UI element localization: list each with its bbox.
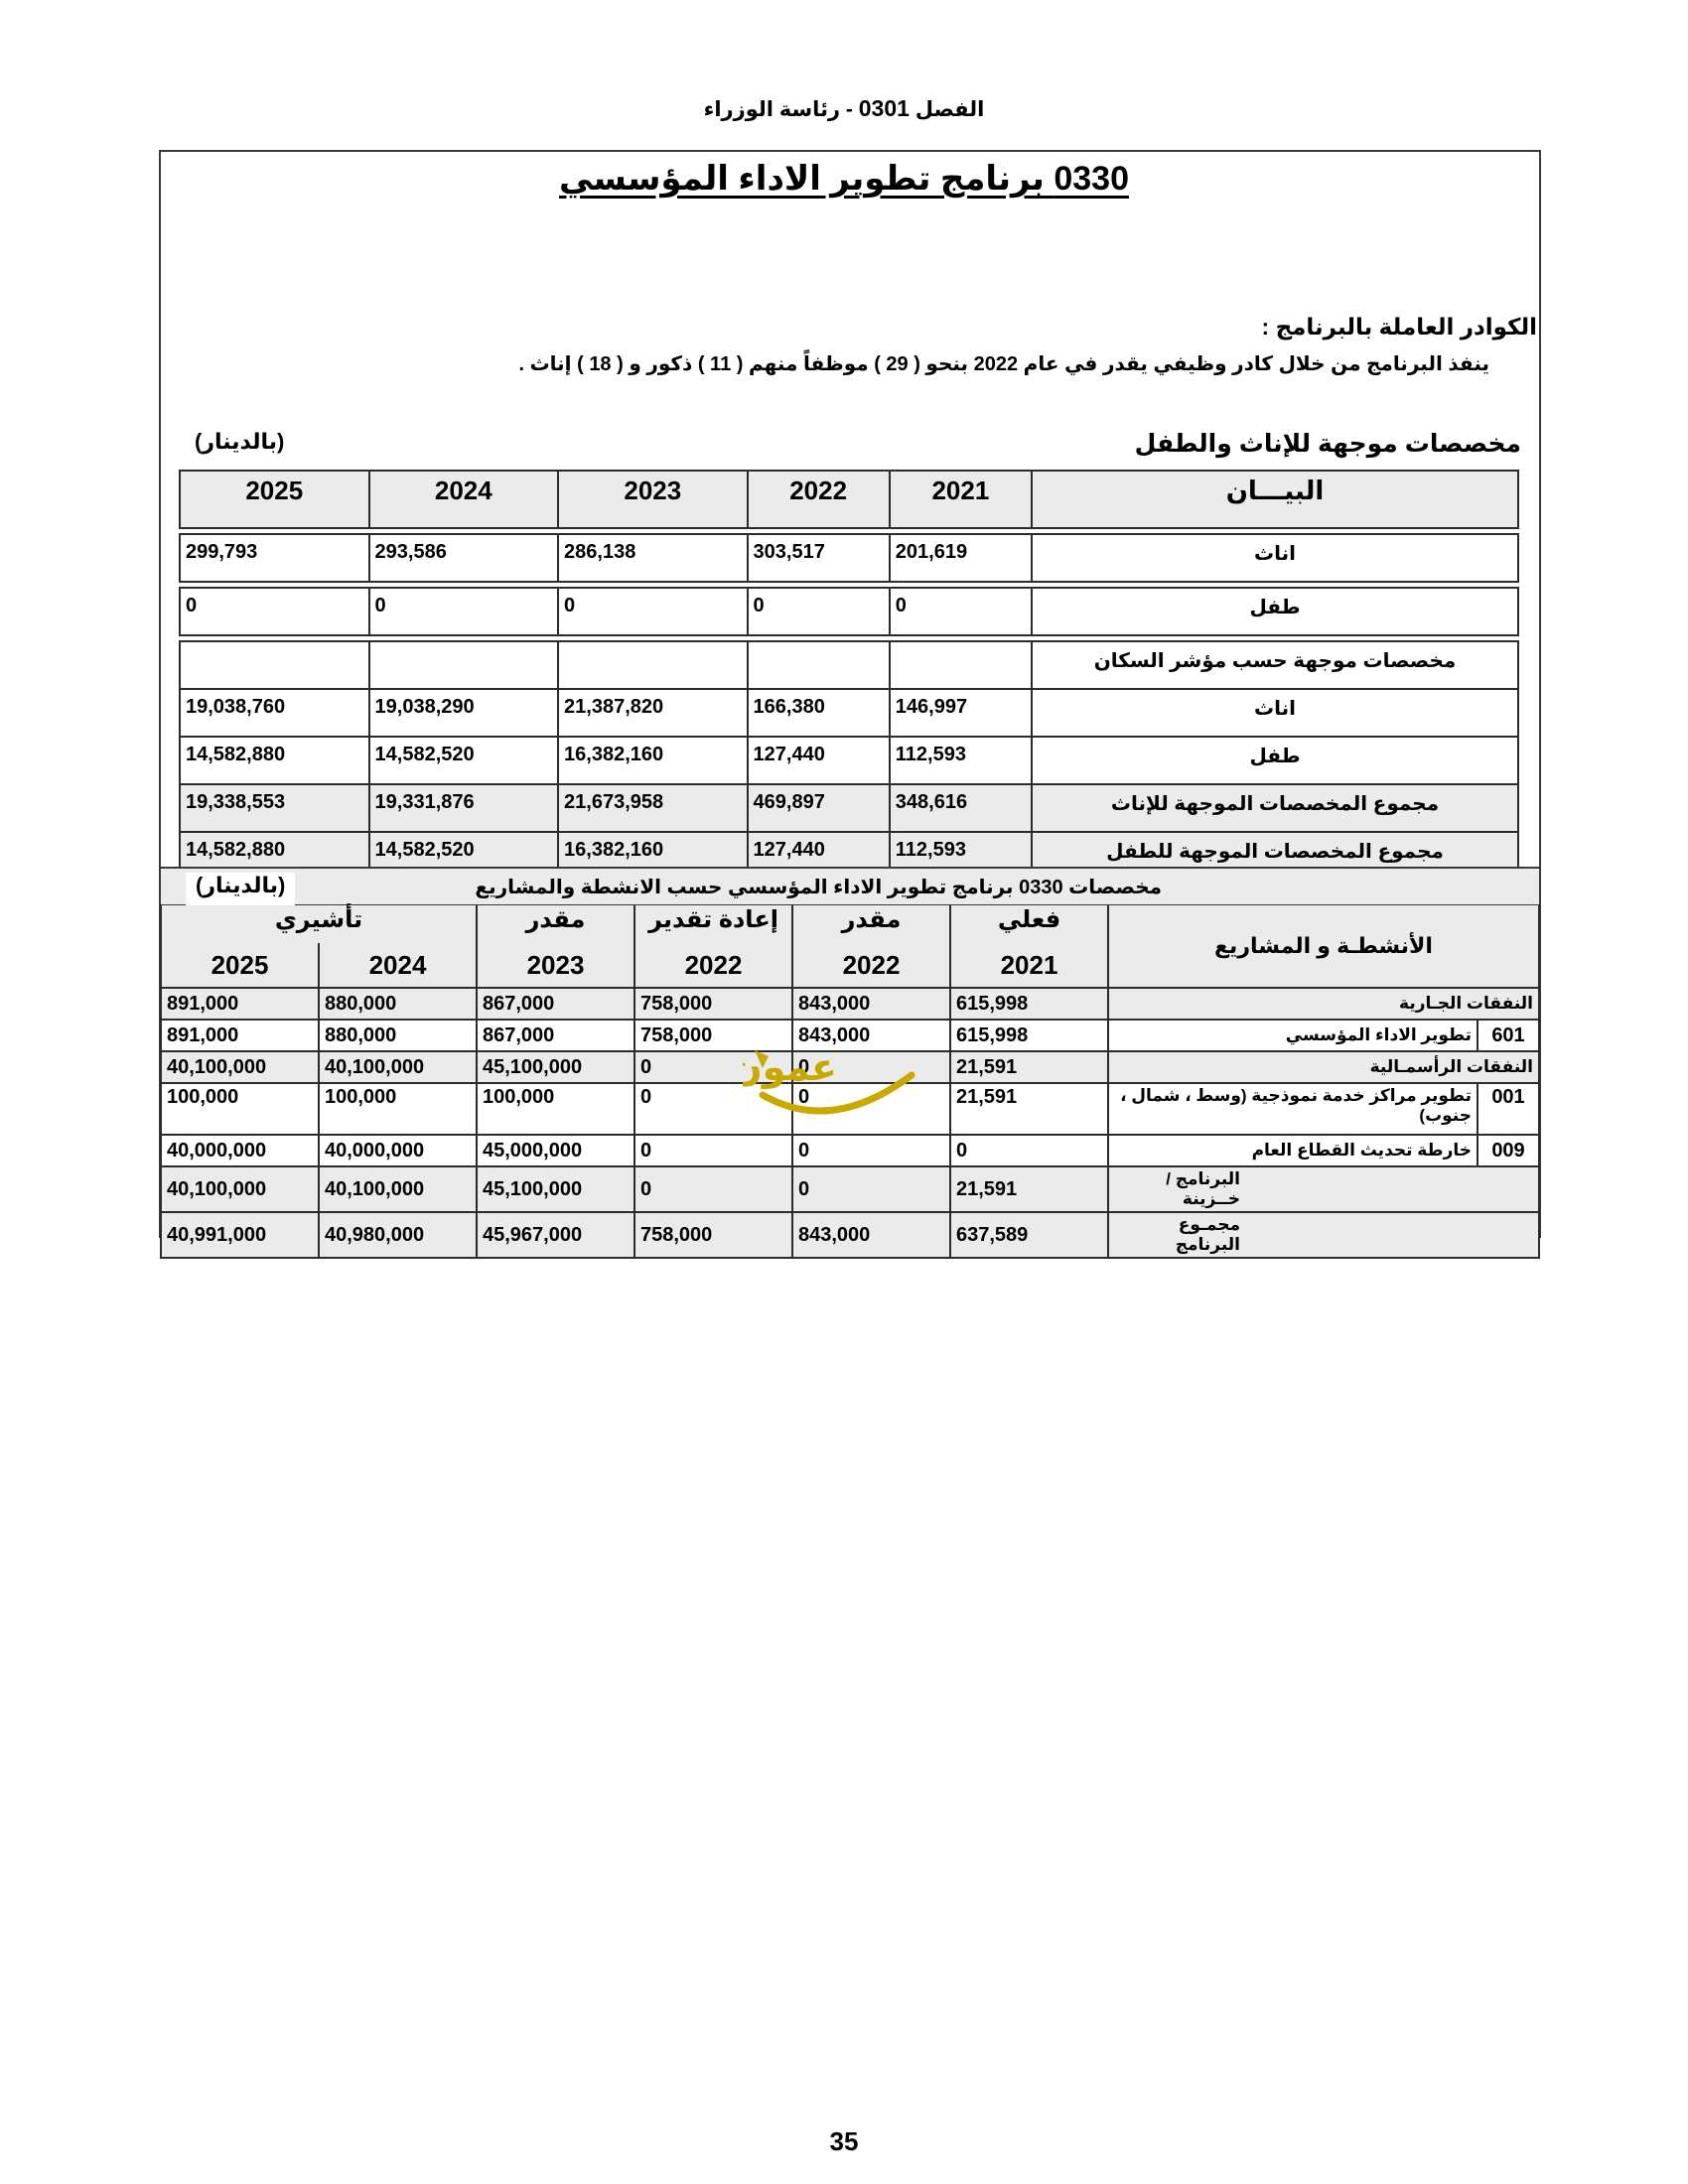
value-cell: 0 <box>792 1135 950 1166</box>
value-cell: 21,591 <box>950 1083 1108 1135</box>
row-label: طفل <box>1032 588 1518 635</box>
category-row: النفقات الجـارية615,998843,000758,000867… <box>161 988 1539 1020</box>
subtotal-row: البرنامج / خــزينة21,5910045,100,00040,1… <box>161 1166 1539 1212</box>
activity-row: 001تطوير مراكز خدمة نموذجية (وسط ، شمال … <box>161 1083 1539 1135</box>
value-cell: 615,998 <box>950 988 1108 1020</box>
year-header: 2024 <box>369 471 559 528</box>
value-cell: 758,000 <box>634 1020 792 1051</box>
year-header: 2022 <box>748 471 890 528</box>
value-cell: 880,000 <box>319 988 477 1020</box>
value-cell: 0 <box>950 1135 1108 1166</box>
value-cell: 21,591 <box>950 1166 1108 1212</box>
row-label: مجموع المخصصات الموجهة للإناث <box>1032 784 1518 832</box>
gender-allocations-unit: (بالدينار) <box>195 429 284 455</box>
category-label: البرنامج / خــزينة <box>1108 1166 1539 1212</box>
value-cell: 112,593 <box>890 737 1032 784</box>
activity-row: 601تطوير الاداء المؤسسي615,998843,000758… <box>161 1020 1539 1051</box>
value-cell: 40,000,000 <box>161 1135 319 1166</box>
value-cell: 293,586 <box>369 534 559 582</box>
value-cell: 469,897 <box>748 784 890 832</box>
activities-table: الأنشطـة و المشاريع فعلي مقدر إعادة تقدي… <box>160 905 1540 1259</box>
row-label: اناث <box>1032 689 1518 737</box>
value-cell: 758,000 <box>634 1212 792 1258</box>
value-cell: 45,100,000 <box>477 1051 634 1083</box>
column-group-estimated: مقدر <box>792 905 950 943</box>
activities-title-bar: مخصصات 0330 برنامج تطوير الاداء المؤسسي … <box>161 867 1539 906</box>
category-label: مجمـوع البرنامج <box>1108 1212 1539 1258</box>
column-group-re-estimated: إعادة تقدير <box>634 905 792 943</box>
value-cell: 867,000 <box>477 988 634 1020</box>
column-group-indicative: تأشيري <box>161 905 477 943</box>
table-group-header-row: الأنشطـة و المشاريع فعلي مقدر إعادة تقدي… <box>161 905 1539 943</box>
value-cell: 40,100,000 <box>319 1166 477 1212</box>
value-cell: 16,382,160 <box>558 737 748 784</box>
empty-cell <box>558 641 748 689</box>
value-cell: 40,100,000 <box>319 1051 477 1083</box>
activity-row: 009خارطة تحديث القطاع العام00045,000,000… <box>161 1135 1539 1166</box>
value-cell: 40,100,000 <box>161 1166 319 1212</box>
value-cell: 615,998 <box>950 1020 1108 1051</box>
value-cell: 0 <box>792 1166 950 1212</box>
value-cell: 0 <box>634 1166 792 1212</box>
chapter-name: رئاسة الوزراء <box>704 98 840 121</box>
value-cell: 100,000 <box>477 1083 634 1135</box>
value-cell: 40,991,000 <box>161 1212 319 1258</box>
value-cell: 100,000 <box>319 1083 477 1135</box>
table-row: مجموع المخصصات الموجهة للإناث348,616469,… <box>180 784 1518 832</box>
value-cell: 19,331,876 <box>369 784 559 832</box>
value-cell: 348,616 <box>890 784 1032 832</box>
value-cell: 40,980,000 <box>319 1212 477 1258</box>
row-label: طفل <box>1032 737 1518 784</box>
row-label: اناث <box>1032 534 1518 582</box>
chapter-label: الفصل <box>915 98 985 121</box>
label-header: البيـــان <box>1032 471 1518 528</box>
value-cell: 758,000 <box>634 988 792 1020</box>
activities-unit: (بالدينار) <box>186 873 295 906</box>
value-cell: 843,000 <box>792 1020 950 1051</box>
value-cell: 40,100,000 <box>161 1051 319 1083</box>
table-row: طفل112,593127,44016,382,16014,582,52014,… <box>180 737 1518 784</box>
value-cell: 0 <box>792 1051 950 1083</box>
staff-heading: الكوادر العاملة بالبرنامج : <box>1262 314 1537 341</box>
value-cell: 166,380 <box>748 689 890 737</box>
staff-text: ينفذ البرنامج من خلال كادر وظيفي يقدر في… <box>518 351 1489 376</box>
column-group-actual: فعلي <box>950 905 1108 943</box>
activity-code: 001 <box>1477 1083 1539 1135</box>
value-cell: 14,582,880 <box>180 737 369 784</box>
value-cell: 100,000 <box>161 1083 319 1135</box>
value-cell: 891,000 <box>161 1020 319 1051</box>
value-cell: 201,619 <box>890 534 1032 582</box>
category-label: النفقات الجـارية <box>1108 988 1539 1020</box>
value-cell: 637,589 <box>950 1212 1108 1258</box>
value-cell: 21,591 <box>950 1051 1108 1083</box>
value-cell: 0 <box>558 588 748 635</box>
value-cell: 21,387,820 <box>558 689 748 737</box>
year-header: 2024 <box>319 943 477 988</box>
empty-cell <box>180 641 369 689</box>
year-header: 2022 <box>634 943 792 988</box>
value-cell: 40,000,000 <box>319 1135 477 1166</box>
value-cell: 146,997 <box>890 689 1032 737</box>
value-cell: 867,000 <box>477 1020 634 1051</box>
value-cell: 21,673,958 <box>558 784 748 832</box>
value-cell: 19,038,290 <box>369 689 559 737</box>
year-header: 2023 <box>477 943 634 988</box>
value-cell: 286,138 <box>558 534 748 582</box>
chapter-code: 0301 <box>859 95 910 121</box>
value-cell: 0 <box>634 1135 792 1166</box>
empty-cell <box>890 641 1032 689</box>
year-header: 2021 <box>950 943 1108 988</box>
value-cell: 45,000,000 <box>477 1135 634 1166</box>
total-row: مجمـوع البرنامج637,589843,000758,00045,9… <box>161 1212 1539 1258</box>
year-header: 2025 <box>161 943 319 988</box>
category-label: النفقات الرأسمـالية <box>1108 1051 1539 1083</box>
activity-code: 009 <box>1477 1135 1539 1166</box>
value-cell: 14,582,520 <box>369 737 559 784</box>
gender-allocations-table: البيـــان 2021 2022 2023 2024 2025 اناث2… <box>179 470 1519 881</box>
activity-label: تطوير مراكز خدمة نموذجية (وسط ، شمال ، ج… <box>1108 1083 1477 1135</box>
value-cell: 303,517 <box>748 534 890 582</box>
value-cell: 891,000 <box>161 988 319 1020</box>
activity-label: تطوير الاداء المؤسسي <box>1108 1020 1477 1051</box>
category-row: النفقات الرأسمـالية21,5910045,100,00040,… <box>161 1051 1539 1083</box>
page-header: الفصل 0301 - رئاسة الوزراء <box>0 95 1688 122</box>
value-cell: 0 <box>792 1083 950 1135</box>
population-subheading: مخصصات موجهة حسب مؤشر السكان <box>1032 641 1518 689</box>
table-row: اناث146,997166,38021,387,82019,038,29019… <box>180 689 1518 737</box>
empty-cell <box>748 641 890 689</box>
value-cell: 880,000 <box>319 1020 477 1051</box>
value-cell: 19,338,553 <box>180 784 369 832</box>
activity-code: 601 <box>1477 1020 1539 1051</box>
year-header: 2022 <box>792 943 950 988</box>
value-cell: 45,967,000 <box>477 1212 634 1258</box>
activity-label: خارطة تحديث القطاع العام <box>1108 1135 1477 1166</box>
page-number: 35 <box>0 2126 1688 2157</box>
year-header: 2023 <box>558 471 748 528</box>
gender-allocations-title: مخصصات موجهة للإناث والطفل <box>1135 429 1521 459</box>
value-cell: 0 <box>748 588 890 635</box>
table-header-row: البيـــان 2021 2022 2023 2024 2025 <box>180 471 1518 528</box>
value-cell: 299,793 <box>180 534 369 582</box>
value-cell: 45,100,000 <box>477 1166 634 1212</box>
value-cell: 843,000 <box>792 1212 950 1258</box>
year-header: 2025 <box>180 471 369 528</box>
value-cell: 0 <box>369 588 559 635</box>
population-subheading-row: مخصصات موجهة حسب مؤشر السكان <box>180 641 1518 689</box>
value-cell: 0 <box>634 1083 792 1135</box>
value-cell: 127,440 <box>748 737 890 784</box>
column-group-estimated: مقدر <box>477 905 634 943</box>
separator: - <box>846 98 853 121</box>
year-header: 2021 <box>890 471 1032 528</box>
value-cell: 19,038,760 <box>180 689 369 737</box>
activities-title: مخصصات 0330 برنامج تطوير الاداء المؤسسي … <box>475 875 1162 899</box>
empty-cell <box>369 641 559 689</box>
value-cell: 0 <box>180 588 369 635</box>
value-cell: 0 <box>890 588 1032 635</box>
table-row: اناث201,619303,517286,138293,586299,793 <box>180 534 1518 582</box>
value-cell: 843,000 <box>792 988 950 1020</box>
activities-header: الأنشطـة و المشاريع <box>1108 905 1539 988</box>
table-row: طفل00000 <box>180 588 1518 635</box>
value-cell: 0 <box>634 1051 792 1083</box>
program-title: 0330 برنامج تطوير الاداء المؤسسي <box>0 159 1688 199</box>
